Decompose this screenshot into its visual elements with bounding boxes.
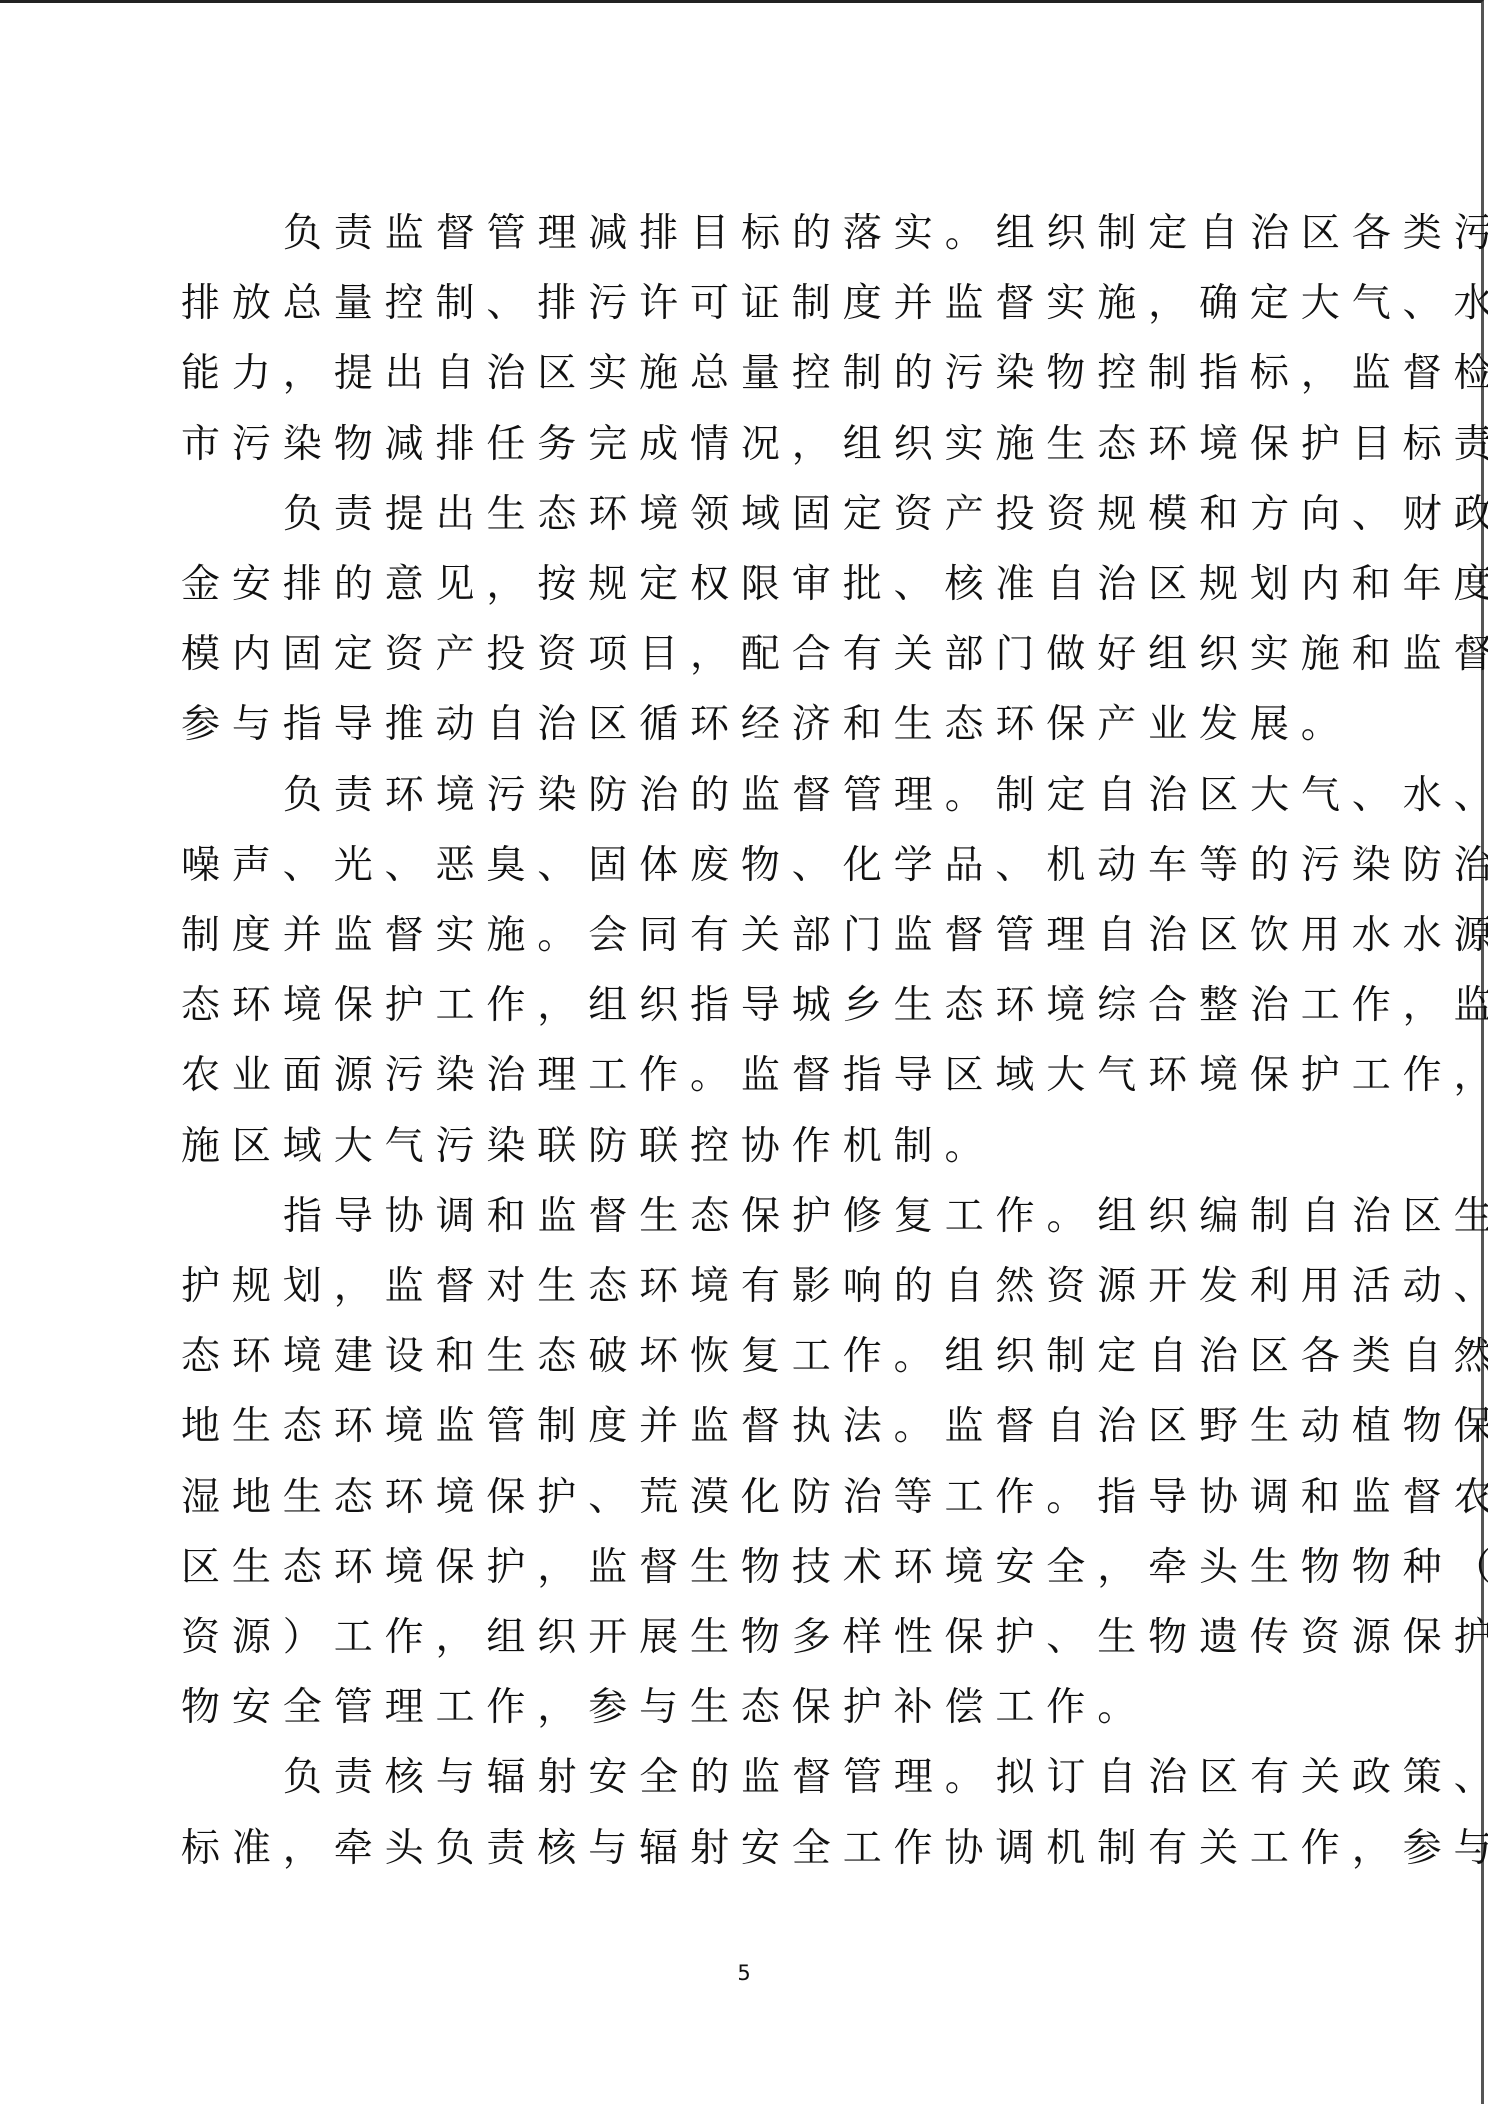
paragraph-pollution-control: 负责环境污染防治的监督管理。制定自治区大气、水、土壤、 噪声、光、恶臭、固体废物…: [181, 761, 1321, 1182]
text-line: 护规划，监督对生态环境有影响的自然资源开发利用活动、重要生: [181, 1252, 1321, 1322]
text-line: 制度并监督实施。会同有关部门监督管理自治区饮用水水源地生: [181, 901, 1321, 971]
text-line: 地生态环境监管制度并监督执法。监督自治区野生动植物保护、: [181, 1392, 1321, 1462]
document-body: 负责监督管理减排目标的落实。组织制定自治区各类污染物 排放总量控制、排污许可证制…: [181, 199, 1321, 1884]
document-page: 负责监督管理减排目标的落实。组织制定自治区各类污染物 排放总量控制、排污许可证制…: [0, 0, 1484, 2104]
text-line: 标准，牵头负责核与辐射安全工作协调机制有关工作，参与核事故: [181, 1814, 1321, 1884]
paragraph-emission-reduction: 负责监督管理减排目标的落实。组织制定自治区各类污染物 排放总量控制、排污许可证制…: [181, 199, 1321, 480]
text-line: 参与指导推动自治区循环经济和生态环保产业发展。: [181, 690, 1321, 760]
text-line: 模内固定资产投资项目，配合有关部门做好组织实施和监督工作。: [181, 620, 1321, 690]
text-line: 噪声、光、恶臭、固体废物、化学品、机动车等的污染防治管理: [181, 831, 1321, 901]
text-line: 负责提出生态环境领域固定资产投资规模和方向、财政性资: [181, 480, 1321, 550]
text-line: 态环境保护工作，组织指导城乡生态环境综合整治工作，监督指导: [181, 971, 1321, 1041]
text-line: 排放总量控制、排污许可证制度并监督实施，确定大气、水等纳污: [181, 269, 1321, 339]
text-line: 负责核与辐射安全的监督管理。拟订自治区有关政策、规划、: [181, 1743, 1321, 1813]
text-line: 湿地生态环境保护、荒漠化防治等工作。指导协调和监督农村牧: [181, 1463, 1321, 1533]
text-line: 资源）工作，组织开展生物多样性保护、生物遗传资源保护、生: [181, 1603, 1321, 1673]
text-line: 农业面源污染治理工作。监督指导区域大气环境保护工作，组织实: [181, 1041, 1321, 1111]
text-line: 态环境建设和生态破坏恢复工作。组织制定自治区各类自然保护: [181, 1322, 1321, 1392]
text-line: 区生态环境保护，监督生物技术环境安全，牵头生物物种（含遗传: [181, 1533, 1321, 1603]
text-line: 金安排的意见，按规定权限审批、核准自治区规划内和年度计划规: [181, 550, 1321, 620]
text-line: 物安全管理工作，参与生态保护补偿工作。: [181, 1673, 1321, 1743]
paragraph-nuclear-radiation-safety: 负责核与辐射安全的监督管理。拟订自治区有关政策、规划、 标准，牵头负责核与辐射安…: [181, 1743, 1321, 1883]
text-line: 负责监督管理减排目标的落实。组织制定自治区各类污染物: [181, 199, 1321, 269]
paragraph-fixed-asset-investment: 负责提出生态环境领域固定资产投资规模和方向、财政性资 金安排的意见，按规定权限审…: [181, 480, 1321, 761]
text-line: 能力，提出自治区实施总量控制的污染物控制指标，监督检查各盟: [181, 339, 1321, 409]
text-line: 施区域大气污染联防联控协作机制。: [181, 1112, 1321, 1182]
text-line: 负责环境污染防治的监督管理。制定自治区大气、水、土壤、: [181, 761, 1321, 831]
text-line: 指导协调和监督生态保护修复工作。组织编制自治区生态保: [181, 1182, 1321, 1252]
page-number: 5: [0, 1961, 1488, 1985]
text-line: 市污染物减排任务完成情况，组织实施生态环境保护目标责任制。: [181, 410, 1321, 480]
paragraph-ecological-protection: 指导协调和监督生态保护修复工作。组织编制自治区生态保 护规划，监督对生态环境有影…: [181, 1182, 1321, 1744]
